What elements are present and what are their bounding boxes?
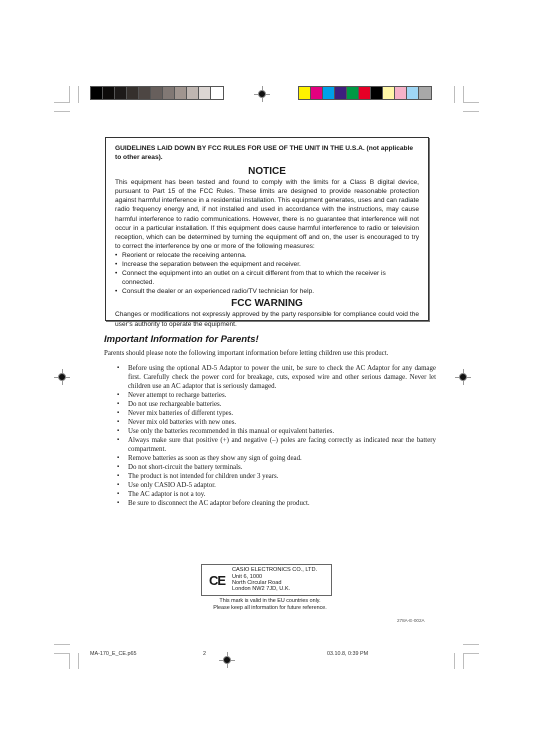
color-swatch [187,87,199,99]
list-item: Never mix batteries of different types. [104,409,436,418]
color-swatch [419,87,431,99]
footer-filename: MA-170_E_CE.p65 [90,651,136,657]
color-swatch [299,87,311,99]
crop-mark [454,86,455,103]
color-swatch [91,87,103,99]
crop-mark [463,644,479,645]
list-item: The product is not intended for children… [104,472,436,481]
color-swatch [383,87,395,99]
fcc-notice-box: GUIDELINES LAID DOWN BY FCC RULES FOR US… [105,137,429,321]
footer-timestamp: 03.10.8, 0:39 PM [327,651,368,657]
color-calibration-bar [298,86,432,100]
color-swatch [347,87,359,99]
ce-note-line: This mark is valid in the EU countries o… [190,598,350,605]
ce-note-line: Please keep all information for future r… [190,605,350,612]
color-swatch [371,87,383,99]
list-item: Never attempt to recharge batteries. [104,391,436,400]
color-swatch [199,87,211,99]
registration-mark-icon [219,652,235,668]
crop-mark [78,86,79,103]
list-item: The AC adaptor is not a toy. [104,490,436,499]
crop-mark [463,653,464,669]
color-swatch [335,87,347,99]
color-swatch [407,87,419,99]
list-item: Do not short-circuit the battery termina… [104,463,436,472]
list-item: Remove batteries as soon as they show an… [104,454,436,463]
ce-mark-box: CE CASIO ELECTRONICS CO., LTD. Unit 6, 1… [201,564,332,596]
crop-mark [54,653,70,654]
address-line: London NW2 7JD, U.K. [232,586,317,592]
color-swatch [359,87,371,99]
measure-item: Connect the equipment into an outlet on … [115,269,419,287]
notice-title: NOTICE [115,166,419,178]
ce-note: This mark is valid in the EU countries o… [190,598,350,612]
measure-item: Reorient or relocate the receiving anten… [115,251,419,260]
grayscale-calibration-bar [90,86,224,100]
crop-mark [54,644,70,645]
list-item: Before using the optional AD-5 Adaptor t… [104,364,436,391]
color-swatch [163,87,175,99]
crop-mark [69,86,70,103]
notice-body: This equipment has been tested and found… [115,178,419,251]
registration-mark-icon [254,86,270,102]
list-item: Do not use rechargeable batteries. [104,400,436,409]
crop-mark [78,653,79,669]
list-item: Use only CASIO AD-5 adaptor. [104,481,436,490]
crop-mark [463,653,479,654]
color-swatch [311,87,323,99]
list-item: Always make sure that positive (+) and n… [104,436,436,454]
address-line: CASIO ELECTRONICS CO., LTD. [232,567,317,573]
crop-mark [54,111,70,112]
color-swatch [211,87,223,99]
color-swatch [127,87,139,99]
fcc-guidelines: GUIDELINES LAID DOWN BY FCC RULES FOR US… [115,144,419,162]
color-swatch [103,87,115,99]
color-swatch [151,87,163,99]
crop-mark [463,102,479,103]
measures-list: Reorient or relocate the receiving anten… [115,251,419,296]
color-swatch [395,87,407,99]
fcc-warning-body: Changes or modifications not expressly a… [115,310,419,328]
list-item: Be sure to disconnect the AC adaptor bef… [104,499,436,508]
crop-mark [69,653,70,669]
color-swatch [139,87,151,99]
ce-address: CASIO ELECTRONICS CO., LTD. Unit 6, 1000… [232,567,317,592]
color-swatch [175,87,187,99]
crop-mark [463,86,464,103]
parents-section: Important Information for Parents! Paren… [104,334,436,508]
parents-list: Before using the optional AD-5 Adaptor t… [104,364,436,508]
fcc-warning-title: FCC WARNING [115,298,419,310]
color-swatch [115,87,127,99]
crop-mark [454,653,455,669]
registration-mark-icon [54,369,70,385]
crop-mark [54,102,70,103]
measure-item: Consult the dealer or an experienced rad… [115,287,419,296]
ce-logo-icon: CE [202,573,232,588]
crop-mark [463,111,479,112]
list-item: Never mix old batteries with new ones. [104,418,436,427]
color-swatch [323,87,335,99]
registration-mark-icon [455,369,471,385]
document-code: 278A-E-002A [397,618,425,623]
parents-intro: Parents should please note the following… [104,349,436,358]
list-item: Use only the batteries recommended in th… [104,427,436,436]
measure-item: Increase the separation between the equi… [115,260,419,269]
parents-title: Important Information for Parents! [104,334,436,346]
footer-page-number: 2 [203,651,206,657]
